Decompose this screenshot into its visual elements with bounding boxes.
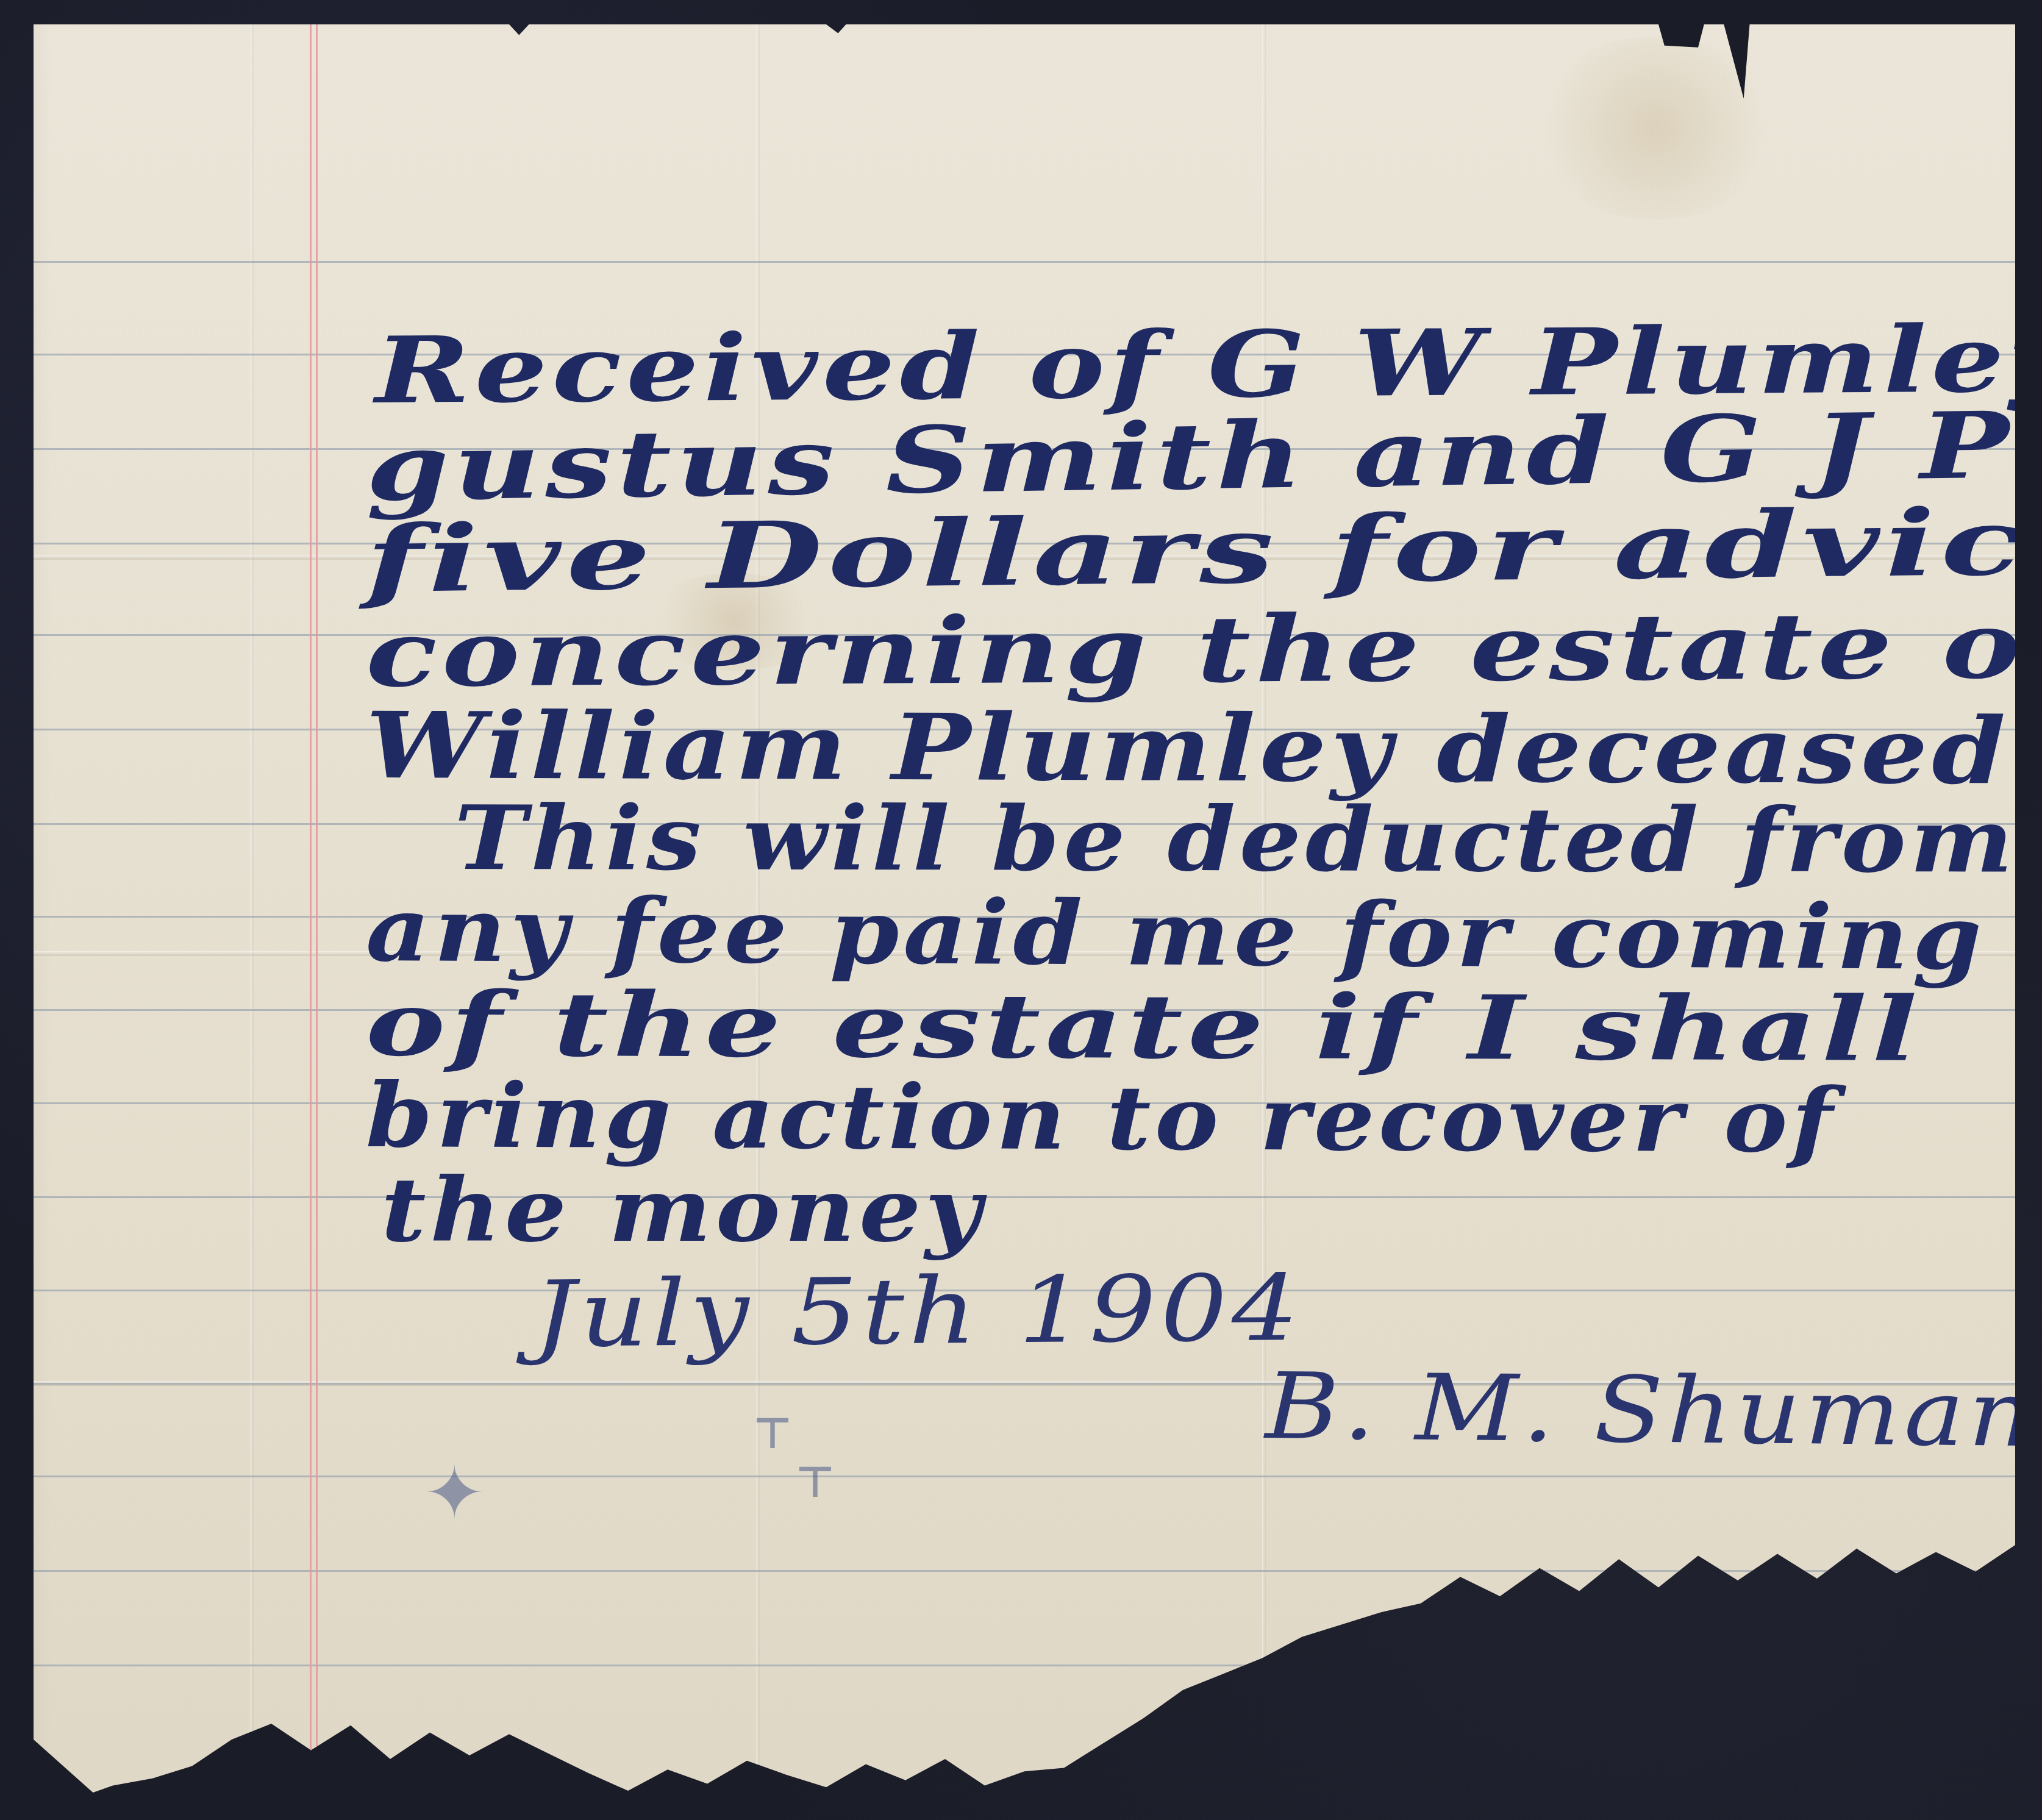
ink-smudge: ⊤ xyxy=(753,1408,792,1458)
rule-line xyxy=(34,261,2015,263)
receipt-paper: Received of G W Plumley Au- gustus Smith… xyxy=(34,24,2015,1793)
margin-line xyxy=(310,24,312,1793)
rule-line xyxy=(34,1476,2015,1477)
body-line: concerning the estate of xyxy=(366,591,2042,708)
signature: B. M. Shuman xyxy=(1265,1354,2038,1468)
ink-smudge: ⊤ xyxy=(796,1457,835,1507)
ink-blot: ✦ xyxy=(424,1451,485,1536)
date: July 5th 1904 xyxy=(533,1255,1303,1368)
margin-line xyxy=(316,24,318,1793)
rule-line xyxy=(34,1196,2015,1198)
body-line: bring action to recover of xyxy=(366,1064,1837,1172)
body-line: the money xyxy=(381,1158,985,1262)
vertical-crease xyxy=(250,24,254,1793)
body-line: This will be deducted from xyxy=(454,787,2017,893)
